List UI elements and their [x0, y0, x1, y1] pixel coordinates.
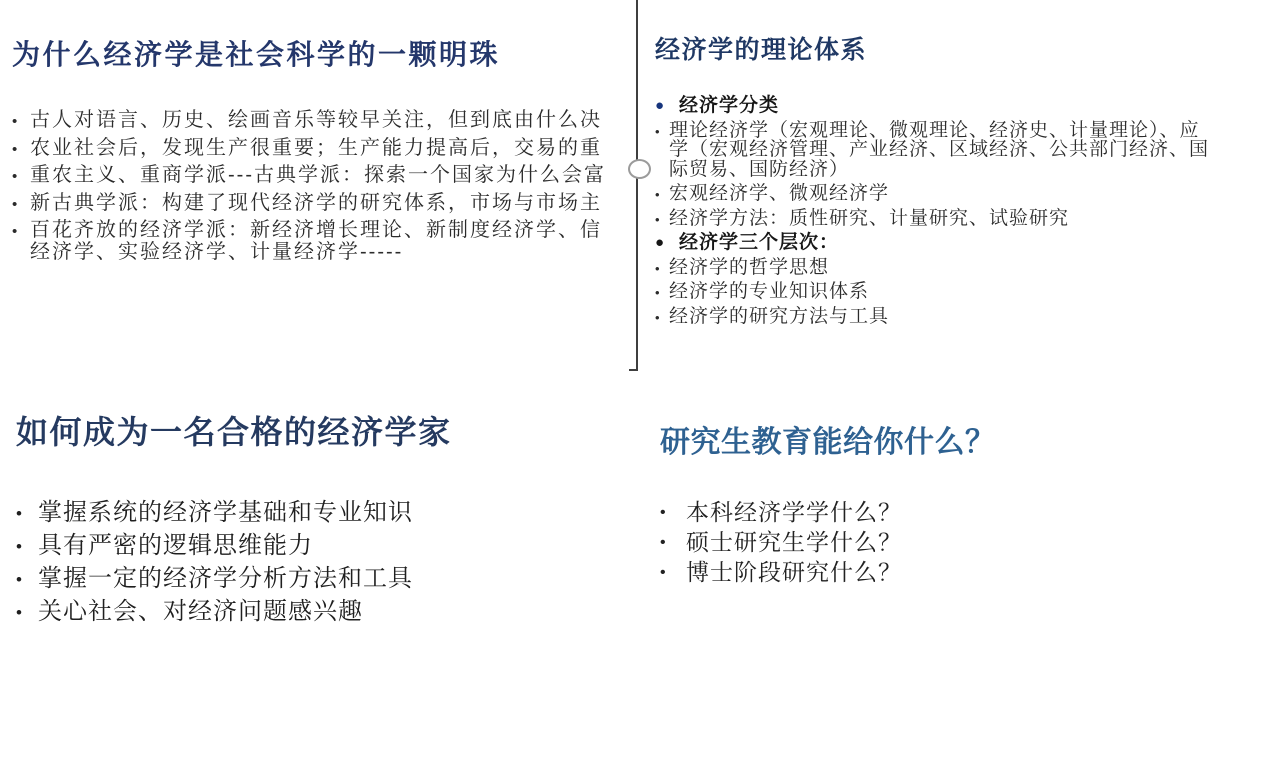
slide-graduate-education: 研究生教育能给你什么？ •本科经济学学什么？•硕士研究生学什么？•博士阶段研究什…: [660, 422, 1271, 590]
divider-handle-icon: [628, 159, 651, 179]
bullet-marker-icon: •: [12, 111, 19, 133]
bullet-marker-icon: •: [12, 139, 19, 161]
bullet-marker-icon: •: [655, 185, 661, 205]
bullet-marker-icon: •: [655, 259, 661, 279]
slide-theory-system: 经济学的理论体系 ●经济学分类•理论经济学（宏观理论、微观理论、经济史、计量理论…: [655, 36, 1271, 331]
slide-title: 为什么经济学是社会科学的一颗明珠: [12, 40, 636, 70]
bullet-marker-icon: •: [660, 501, 667, 525]
list-item: •重农主义、重商学派---古典学派：探索一个国家为什么会富: [12, 165, 636, 187]
list-item: •掌握系统的经济学基础和专业知识: [16, 500, 636, 526]
list-item: •理论经济学（宏观理论、微观理论、经济史、计量理论）、应学（宏观经济管理、产业经…: [655, 121, 1271, 180]
bullet-list: •掌握系统的经济学基础和专业知识•具有严密的逻辑思维能力•掌握一定的经济学分析方…: [16, 500, 636, 625]
bullet-list: •本科经济学学什么？•硕士研究生学什么？•博士阶段研究什么？: [660, 500, 1271, 584]
list-item: •本科经济学学什么？: [660, 500, 1271, 524]
bullet-list: •古人对语言、历史、绘画音乐等较早关注，但到底由什么决•农业社会后，发现生产很重…: [12, 110, 636, 263]
bullet-list: ●经济学分类•理论经济学（宏观理论、微观理论、经济史、计量理论）、应学（宏观经济…: [655, 96, 1271, 326]
bullet-line: 关心社会、对经济问题感兴趣: [38, 599, 636, 625]
bullet-line: 新古典学派：构建了现代经济学的研究体系，市场与市场主: [30, 193, 636, 215]
bullet-line: 经济学方法：质性研究、计量研究、试验研究: [669, 209, 1271, 229]
bullet-marker-icon: •: [655, 210, 661, 230]
bullet-marker-icon: ●: [655, 233, 665, 253]
bullet-marker-icon: •: [12, 166, 19, 188]
bullet-line: 硕士研究生学什么？: [686, 530, 1271, 554]
list-item: •关心社会、对经济问题感兴趣: [16, 599, 636, 625]
bullet-marker-icon: ●: [655, 96, 665, 116]
list-item: •经济学的专业知识体系: [655, 282, 1271, 302]
bullet-line: 重农主义、重商学派---古典学派：探索一个国家为什么会富: [30, 165, 636, 187]
slide-divider-foot: [629, 369, 638, 371]
slide-title: 研究生教育能给你什么？: [660, 422, 1271, 464]
bullet-marker-icon: •: [16, 501, 23, 527]
bullet-line: 博士阶段研究什么？: [686, 560, 1271, 584]
bullet-line: 宏观经济学、微观经济学: [669, 184, 1271, 204]
bullet-line: 古人对语言、历史、绘画音乐等较早关注，但到底由什么决: [30, 110, 636, 132]
bullet-marker-icon: •: [655, 308, 661, 328]
bullet-marker-icon: •: [16, 567, 23, 593]
slide-qualified-economist: 如何成为一名合格的经济学家 •掌握系统的经济学基础和专业知识•具有严密的逻辑思维…: [16, 410, 636, 632]
bullet-line: 具有严密的逻辑思维能力: [38, 533, 636, 559]
list-item: •古人对语言、历史、绘画音乐等较早关注，但到底由什么决: [12, 110, 636, 132]
bullet-marker-icon: •: [12, 221, 19, 243]
list-item: •百花齐放的经济学派：新经济增长理论、新制度经济学、信经济学、实验经济学、计量经…: [12, 220, 636, 263]
slide-why-economics-pearl: 为什么经济学是社会科学的一颗明珠 •古人对语言、历史、绘画音乐等较早关注，但到底…: [12, 40, 636, 269]
list-item: •经济学的研究方法与工具: [655, 307, 1271, 327]
slide-title: 经济学的理论体系: [655, 36, 1271, 64]
list-item: •经济学的哲学思想: [655, 258, 1271, 278]
bullet-line: 经济学的哲学思想: [669, 258, 1271, 278]
list-item: •掌握一定的经济学分析方法和工具: [16, 566, 636, 592]
section-item: ●经济学三个层次：: [655, 233, 1271, 253]
bullet-marker-icon: •: [16, 600, 23, 626]
bullet-line: 学（宏观经济管理、产业经济、区域经济、公共部门经济、国: [669, 140, 1271, 160]
bullet-marker-icon: •: [655, 283, 661, 303]
bullet-line: 经济学分类: [679, 96, 1271, 116]
bullet-line: 经济学的专业知识体系: [669, 282, 1271, 302]
bullet-line: 经济学的研究方法与工具: [669, 307, 1271, 327]
bullet-line: 经济学三个层次：: [679, 233, 1271, 253]
bullet-line: 农业社会后，发现生产很重要；生产能力提高后，交易的重: [30, 138, 636, 160]
list-item: •农业社会后，发现生产很重要；生产能力提高后，交易的重: [12, 138, 636, 160]
bullet-line: 际贸易、国防经济）: [669, 160, 1271, 180]
list-item: •经济学方法：质性研究、计量研究、试验研究: [655, 209, 1271, 229]
bullet-marker-icon: •: [12, 194, 19, 216]
bullet-marker-icon: •: [655, 122, 661, 142]
list-item: •硕士研究生学什么？: [660, 530, 1271, 554]
bullet-line: 百花齐放的经济学派：新经济增长理论、新制度经济学、信: [30, 220, 636, 242]
bullet-line: 掌握系统的经济学基础和专业知识: [38, 500, 636, 526]
bullet-line: 掌握一定的经济学分析方法和工具: [38, 566, 636, 592]
slide-divider-line: [636, 0, 638, 371]
bullet-marker-icon: •: [660, 561, 667, 585]
slide-title: 如何成为一名合格的经济学家: [16, 410, 636, 454]
bullet-marker-icon: •: [16, 534, 23, 560]
bullet-line: 理论经济学（宏观理论、微观理论、经济史、计量理论）、应: [669, 121, 1271, 141]
list-item: •新古典学派：构建了现代经济学的研究体系，市场与市场主: [12, 193, 636, 215]
bullet-line: 本科经济学学什么？: [686, 500, 1271, 524]
list-item: •宏观经济学、微观经济学: [655, 184, 1271, 204]
bullet-line: 经济学、实验经济学、计量经济学-----: [30, 242, 636, 264]
list-item: •具有严密的逻辑思维能力: [16, 533, 636, 559]
list-item: •博士阶段研究什么？: [660, 560, 1271, 584]
section-item: ●经济学分类: [655, 96, 1271, 116]
bullet-marker-icon: •: [660, 531, 667, 555]
